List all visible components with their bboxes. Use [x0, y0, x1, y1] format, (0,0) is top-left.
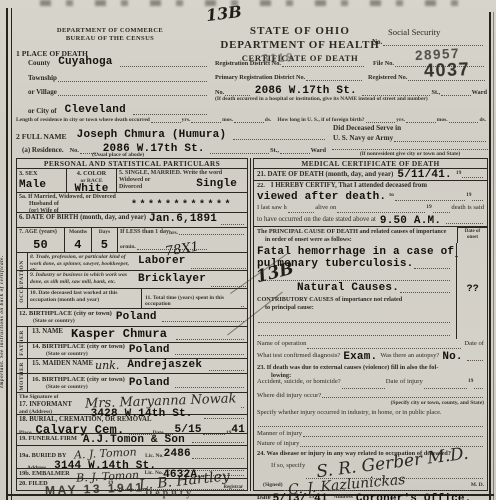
dotted-line	[210, 153, 269, 154]
min-label: min.	[125, 244, 136, 251]
dod-19: 19	[456, 170, 462, 179]
village-label: or Village	[28, 88, 57, 97]
informant-label-2: 17. INFORMANT	[19, 401, 81, 409]
occupation-side-text: OCCUPATION	[19, 260, 25, 303]
dotted-line	[433, 212, 451, 213]
mother-side-label: MOTHER	[17, 359, 28, 393]
signed-row: (Signed) M. D. C. J. Kazlunickas	[254, 481, 487, 493]
form-border-left-inner	[11, 8, 12, 500]
age-row: 7. AGE (years) 50 Months 4 Days 5 If LES…	[17, 228, 247, 253]
dotted-line	[337, 212, 425, 213]
father-birthplace-note: (State or country)	[46, 351, 125, 358]
maiden-name-value: Andrejaszek	[127, 360, 202, 372]
dotted-line	[424, 388, 467, 389]
residence-length-label: Length of residence in city or town wher…	[16, 117, 150, 124]
buried-by-lic-label: Lic. No.	[145, 453, 164, 460]
registered-no-stamp: 4037	[424, 60, 471, 80]
occurred-label: to have occurred on the date stated abov…	[257, 216, 376, 225]
funeral-firm-label: 19. FUNERAL FIRM	[19, 435, 77, 444]
test-label: What test confirmed diagnosis?	[257, 352, 340, 362]
md-label: M. D.	[471, 482, 484, 492]
signed-address-label: Address	[334, 494, 353, 500]
less-than-day-label: If LESS than 1 day	[120, 229, 169, 236]
hospital-note: (If death occurred in a hospital or inst…	[215, 96, 490, 103]
informant-label-1: The Signature of	[19, 394, 81, 401]
sex-label: 3. SEX	[19, 170, 38, 178]
medical-certificate-section: MEDICAL CERTIFICATE OF DEATH 21. DATE OF…	[253, 158, 488, 491]
operation-date-label: Date of	[464, 340, 484, 350]
spouse-label-1: 5a. If Married, Widowed, or Divorced	[19, 194, 116, 201]
nonresident-note: (If nonresident give city or town and St…	[332, 149, 488, 158]
specify-label: Specify whether injury occurred in indus…	[257, 409, 442, 418]
left-section-header-row: PERSONAL AND STATISTICAL PARTICULARS	[17, 159, 247, 169]
father-name-row: 13. NAME Kasper Chmura	[17, 327, 247, 343]
test-autopsy-row: What test confirmed diagnosis? Exam. Was…	[254, 351, 487, 363]
agency-line1: DEPARTMENT OF COMMERCE	[46, 27, 174, 35]
accident-label: Accident, suicide, or homicide?	[257, 378, 341, 390]
county-line: County Cuyahoga	[28, 57, 208, 68]
residence-length-line: Length of residence in city or town wher…	[16, 117, 486, 124]
city-line: or City of Cleveland	[28, 105, 208, 116]
autopsy-label: Was there an autopsy?	[380, 352, 439, 362]
lastsaw-19: 19	[426, 204, 432, 214]
hrs-label: hrs.	[169, 230, 178, 237]
foreign-birth-label: How long in U. S., if of foreign birth?	[277, 117, 364, 124]
buried-by-lic-value: 2486	[164, 449, 191, 460]
yrs-label: yrs.	[182, 117, 191, 124]
last-worked-row: 10. Date deceased last worked at this oc…	[17, 289, 247, 309]
registrar-label: Registrar	[224, 485, 243, 491]
signed-date-row: Date 5/13/ 19 41 Address Coroner's Offic…	[254, 493, 487, 500]
marital-label-2: Widowed or	[119, 177, 150, 184]
residence-line: (a) Residence. No. 2086 W.17th St. St., …	[22, 144, 326, 155]
city-label: or City of	[28, 107, 57, 116]
father-side-text: FATHER	[19, 330, 25, 356]
birthplace-state-note: (State or country)	[33, 318, 112, 325]
dotted-line	[366, 122, 396, 123]
certify-label: I HEREBY CERTIFY, That I attended deceas…	[271, 182, 427, 190]
attended-row: viewed after death. to 19	[254, 191, 487, 203]
father-birthplace-value: Poland	[129, 345, 170, 356]
father-side-label: FATHER	[17, 327, 28, 359]
manner-label: Manner of injury	[257, 430, 302, 438]
specify-row: Specify whether injury occurred in indus…	[254, 408, 487, 419]
operation-label: Name of operation	[257, 340, 306, 350]
embalmer-label: 19b. EMBALMER	[19, 470, 70, 477]
last-worked-label: 10. Date deceased last worked at this oc…	[30, 289, 142, 308]
maiden-name-label: 15. MAIDEN NAME	[32, 360, 93, 372]
township-label: Township	[28, 74, 57, 83]
signed-date-label: Date	[257, 494, 271, 500]
mos-label: mos.	[222, 117, 233, 124]
filed-label: 20. FILED	[19, 480, 48, 491]
spouse-row: 5a. If Married, Widowed, or Divorced Hus…	[17, 193, 247, 213]
mother-birthplace-value: Poland	[129, 378, 170, 389]
trade-label: 8. Trade, profession, or particular kind…	[30, 253, 134, 270]
sex-value: Male	[19, 180, 46, 191]
mother-birthplace-note: (State or country)	[46, 384, 125, 391]
title-block: STATE OF OHIO DEPARTMENT OF HEALTH CERTI…	[215, 25, 385, 63]
where-note-row: (Specify city or town, county, and State…	[254, 400, 487, 408]
where-injury-label: Where did injury occur?	[257, 392, 321, 399]
title-department: DEPARTMENT OF HEALTH	[215, 39, 385, 53]
nature-label: Nature of injury	[257, 440, 299, 448]
file-no-label: File No.	[373, 60, 394, 68]
dotted-line	[288, 212, 314, 213]
certify-row: 22. I HEREBY CERTIFY, That I attended de…	[254, 181, 487, 191]
dotted-line	[191, 122, 221, 123]
pencil-notation: 13B	[205, 4, 242, 24]
informant-row: The Signature of 17. INFORMANT and (Addr…	[17, 393, 247, 415]
burial-row: 18. BURIAL, CREMATION, OR REMOVAL Place …	[17, 415, 247, 434]
marital-label-3: Divorced	[119, 184, 142, 191]
primary-registration-label: Primary Registration District No.	[215, 74, 305, 82]
ss-no-label: No.	[372, 38, 382, 47]
residence-no-label: No.	[70, 147, 79, 155]
months-label: Months	[69, 229, 87, 236]
county-value: Cuyahoga	[58, 57, 112, 68]
marital-cell: 5. SINGLE, MARRIED. Write the word Widow…	[117, 169, 247, 192]
dotted-line	[151, 122, 181, 123]
form-border-right-inner	[493, 12, 494, 500]
title-state: STATE OF OHIO	[215, 25, 385, 39]
manner-row: Manner of injury	[254, 429, 487, 439]
occurred-row: to have occurred on the date stated abov…	[254, 215, 487, 227]
contributory-blank-2	[257, 324, 451, 337]
occupation-side-label: OCCUPATION	[17, 253, 28, 309]
mother-side-text: MOTHER	[19, 362, 25, 391]
right-section-header-row: MEDICAL CERTIFICATE OF DEATH	[254, 159, 487, 169]
dotted-line	[234, 122, 264, 123]
village-line: or Village	[28, 88, 208, 97]
buried-by-row: 19a. BURIED BY A. J. Tomon Lic. No. 2486…	[17, 446, 247, 468]
marital-value: Single	[196, 179, 237, 190]
signed-date-year: 41	[314, 494, 328, 500]
ds-label: ds.	[265, 117, 272, 124]
city-value: Cleveland	[65, 105, 126, 116]
funeral-firm-row: 19. FUNERAL FIRM A.J.Tomon & Son	[17, 434, 247, 446]
days-value: 5	[101, 239, 108, 251]
cause-line-3: Natural Causes.	[297, 283, 399, 294]
yrs-label2: yrs.	[396, 117, 405, 124]
social-security-number-line: No.	[372, 38, 484, 47]
signed-label: (Signed)	[263, 482, 283, 492]
contributory-blank-1	[257, 312, 451, 325]
dotted-line	[474, 388, 483, 389]
full-name-value: Joseph Chmura (Humura)	[77, 130, 227, 141]
injury-date-label: Date of injury	[386, 378, 423, 390]
age-label: 7. AGE (years)	[19, 229, 57, 236]
dotted-line	[406, 122, 436, 123]
months-value: 4	[74, 239, 81, 251]
injury-19: 19	[468, 378, 474, 390]
dob-label: 6. DATE OF BIRTH (month, day, and year)	[19, 214, 146, 226]
residence-st-label: St.,	[270, 147, 279, 155]
residence-label: (a) Residence.	[22, 146, 64, 155]
where-injury-row: Where did injury occur?	[254, 391, 487, 400]
birthplace-row: 12. BIRTHPLACE (city or town) (State or …	[17, 309, 247, 327]
age-cell: 7. AGE (years) 50	[17, 228, 65, 252]
autopsy-value: No.	[442, 352, 462, 362]
dob-row: 6. DATE OF BIRTH (month, day, and year) …	[17, 213, 247, 228]
father-birthplace-row: 14. BIRTHPLACE (city or town) (State or …	[17, 343, 247, 359]
dob-value: Jan.6,1891	[149, 214, 217, 226]
filed-row: 20. FILED 19 MAY 13 1941 L. B. Hartley R…	[17, 479, 247, 492]
alive-on-label: alive on	[315, 204, 336, 214]
death-certificate-scan: Important. See instructions on back of c…	[0, 0, 496, 500]
registered-no-label: Registered No.	[368, 74, 407, 82]
dotted-line	[342, 388, 385, 389]
maiden-name-row: 15. MAIDEN NAME unk. Andrejaszek	[17, 359, 247, 374]
test-value: Exam.	[343, 352, 377, 362]
funeral-firm-value: A.J.Tomon & Son	[83, 435, 185, 444]
accident-row: Accident, suicide, or homicide? Date of …	[254, 377, 487, 391]
attended-value: viewed after death.	[257, 192, 386, 202]
mother-birthplace-row: 16. BIRTHPLACE (city or town) (State or …	[17, 374, 247, 393]
date-of-death-row: 21. DATE OF DEATH (month, day, and year)…	[254, 169, 487, 181]
last-saw-row: I last saw h alive on 19 death is said	[254, 203, 487, 215]
cause-of-death-block: Fatal hemorrhage in a case of pulmonary …	[254, 243, 487, 339]
last-saw-label: I last saw h	[257, 204, 287, 214]
county-label: County	[28, 59, 50, 68]
dotted-line	[449, 122, 479, 123]
days-cell: Days 5	[92, 228, 118, 252]
column-divider-rule	[250, 158, 251, 491]
marital-label-1: 5. SINGLE, MARRIED. Write the word	[119, 170, 222, 177]
trade-row: 8. Trade, profession, or particular kind…	[17, 253, 247, 271]
occurred-time-value: 9.50 A.M.	[380, 216, 441, 225]
months-cell: Months 4	[65, 228, 92, 252]
social-security-label: Social Security	[388, 27, 440, 38]
spouse-value: ************	[131, 201, 233, 211]
served-label-2: U. S. Navy or Army	[333, 134, 393, 143]
color-label-1: 4. COLOR	[77, 170, 106, 178]
margin-instructions-note: Important. See instructions on back of c…	[0, 152, 5, 492]
contributory-label-1: CONTRIBUTORY CAUSES of importance not re…	[257, 296, 451, 304]
scan-artifact	[40, 0, 466, 6]
principal-cause-header-row: The PRINCIPAL CAUSE OF DEATH and related…	[254, 227, 487, 243]
form-border-left-outer	[6, 8, 8, 500]
days-label: Days	[99, 229, 111, 236]
buried-by-label: 19a. BURIED BY	[19, 452, 66, 460]
industry-value: Bricklayer	[138, 274, 206, 285]
father-name-value: Kasper Chmura	[71, 328, 167, 341]
served-label-1: Did Deceased Serve in	[333, 124, 401, 133]
ds-label2: ds.	[479, 117, 486, 124]
embalmer-signature: B. J. Tomon	[76, 468, 139, 478]
served-line-2: U. S. Navy or Army	[333, 134, 487, 143]
death-said-label: death is said	[451, 204, 484, 214]
date-of-death-value: 5/11/41.	[397, 170, 451, 179]
to-label: to	[389, 192, 394, 202]
if-so-specify-label: If so, specify	[271, 462, 305, 480]
registration-district-stamp: 3118	[262, 51, 294, 64]
sex-cell: 3. SEX Male	[17, 169, 67, 192]
full-name-line: 2 FULL NAME Joseph Chmura (Humura)	[16, 130, 326, 141]
sex-color-marital-row: 3. SEX Male 4. COLOR or RACE White 5. SI…	[17, 169, 247, 193]
external-causes-row: 23. If death was due to external causes …	[254, 363, 487, 377]
personal-statistical-section: PERSONAL AND STATISTICAL PARTICULARS 3. …	[16, 158, 248, 491]
contributory-label-2: to principal cause:	[265, 304, 451, 312]
left-section-header: PERSONAL AND STATISTICAL PARTICULARS	[44, 159, 220, 168]
industry-label: 9. Industry or business in which work wa…	[30, 271, 134, 288]
agency-block: DEPARTMENT OF COMMERCE BUREAU OF THE CEN…	[46, 27, 174, 43]
operation-row: Name of operation Date of	[254, 339, 487, 351]
mos-label2: mos.	[437, 117, 448, 124]
signed-date-value: 5/13/	[273, 494, 307, 500]
onset-value: ??	[467, 285, 479, 295]
township-line: Township	[28, 74, 208, 83]
primary-registration-line: Primary Registration District No.	[215, 74, 363, 82]
attended-19: 19	[466, 192, 472, 202]
filed-date-stamp: MAY 13 1941	[45, 481, 145, 496]
father-name-label: 13. NAME	[32, 328, 63, 341]
agency-line2: BUREAU OF THE CENSUS	[46, 35, 174, 43]
dotted-line	[280, 153, 310, 154]
age-value: 50	[33, 239, 48, 251]
principal-cause-label-1: The PRINCIPAL CAUSE OF DEATH and related…	[257, 228, 454, 236]
certify-number: 22.	[257, 182, 265, 190]
maiden-name-hand: unk.	[95, 360, 119, 372]
right-section-header: MEDICAL CERTIFICATE OF DEATH	[301, 159, 439, 168]
full-name-label: 2 FULL NAME	[16, 132, 67, 141]
mother-birthplace-label: 16. BIRTHPLACE (city or town)	[32, 376, 125, 384]
birthplace-value: Poland	[116, 312, 157, 323]
where-injury-note: (Specify city or town, county, and State…	[391, 400, 484, 408]
date-of-onset-header: Date of onset	[457, 227, 487, 243]
signed-address-value: Coroner's Office.	[356, 494, 472, 500]
color-cell: 4. COLOR or RACE White	[67, 169, 117, 192]
industry-row: 9. Industry or business in which work wa…	[17, 271, 247, 289]
blank-dotted-row	[254, 419, 487, 429]
external-causes-label-1: 23. If death was due to external causes …	[257, 364, 438, 372]
deputy-stamp: Deputy	[145, 489, 194, 499]
residence-ward-label: Ward	[311, 147, 326, 155]
date-of-death-label: 21. DATE OF DEATH (month, day, and year)	[257, 170, 393, 179]
dotted-line	[472, 200, 483, 201]
form-border-right-outer	[489, 12, 491, 500]
dotted-line	[395, 200, 465, 201]
